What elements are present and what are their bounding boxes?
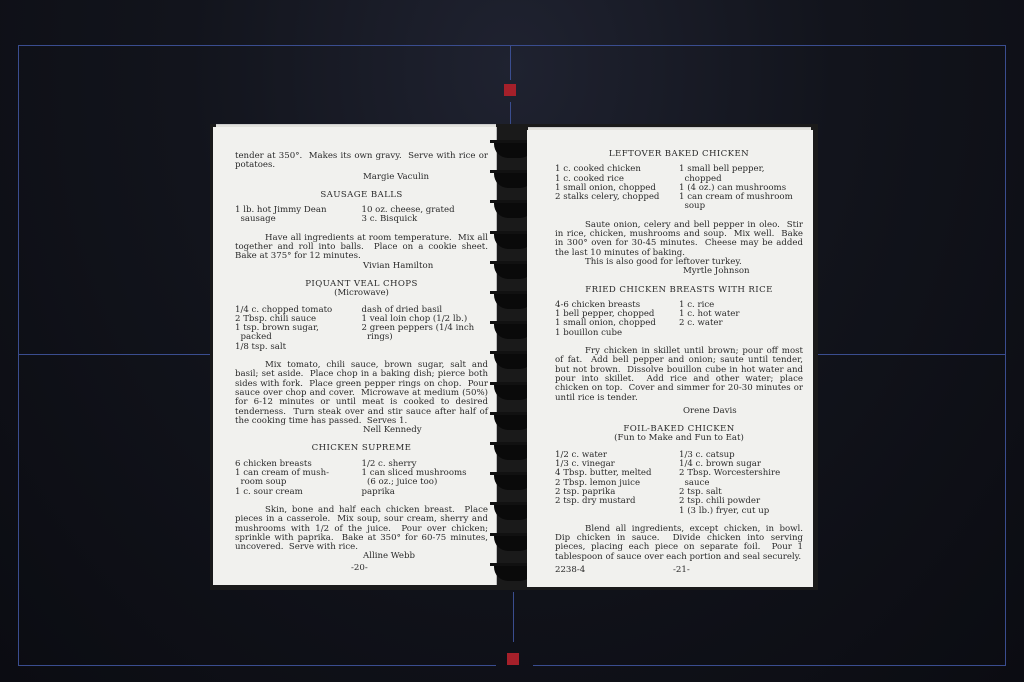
ingredients-right: 1/2 c. sherry1 can sliced mushrooms (6 o… xyxy=(362,460,489,497)
registration-marker-bottom xyxy=(507,653,519,665)
ingredients-right: 1/3 c. catsup1/4 c. brown sugar2 Tbsp. W… xyxy=(679,451,803,516)
ingredient-item: 3 c. Bisquick xyxy=(362,215,489,224)
recipe-piquant-veal-chops: PIQUANT VEAL CHOPS (Microwave) 1/4 c. ch… xyxy=(235,280,488,435)
right-page: LEFTOVER BAKED CHICKEN 1 c. cooked chick… xyxy=(527,130,813,587)
recipe-directions: Mix tomato, chili sauce, brown sugar, sa… xyxy=(235,361,488,426)
ingredient-item: paprika xyxy=(362,488,489,497)
frame-right-line xyxy=(1005,45,1006,665)
ingredient-list: 6 chicken breasts1 can cream of mush- ro… xyxy=(235,460,488,497)
ingredients-right: 1 small bell pepper, chopped1 (4 oz.) ca… xyxy=(679,165,803,211)
recipe-directions: Have all ingredients at room temperature… xyxy=(235,234,488,262)
recipe-leftover-baked-chicken: LEFTOVER BAKED CHICKEN 1 c. cooked chick… xyxy=(555,150,803,277)
ingredients-right: 10 oz. cheese, grated3 c. Bisquick xyxy=(362,206,489,225)
frame-left-line xyxy=(18,45,19,665)
ingredient-item: 1/8 tsp. salt xyxy=(235,343,362,352)
recipe-chicken-supreme: CHICKEN SUPREME 6 chicken breasts1 can c… xyxy=(235,444,488,561)
recipe-subtitle: (Fun to Make and Fun to Eat) xyxy=(555,434,803,443)
recipe-title: CHICKEN SUPREME xyxy=(235,444,488,453)
recipe-directions: Saute onion, celery and bell pepper in o… xyxy=(555,221,803,258)
ingredients-right: 1 c. rice1 c. hot water2 c. water xyxy=(679,301,803,338)
frame-center-vertical-top xyxy=(510,45,511,80)
ingredient-list: 1 lb. hot Jimmy Dean sausage 10 oz. chee… xyxy=(235,206,488,225)
frame-top-line xyxy=(18,45,1006,46)
ingredient-item: soup xyxy=(679,202,803,211)
recipe-title: FRIED CHICKEN BREASTS WITH RICE xyxy=(555,286,803,295)
catalog-code: 2238-4 xyxy=(555,566,585,575)
frame-mid-horizontal-right xyxy=(815,354,1005,355)
ingredient-list: 1 c. cooked chicken1 c. cooked rice1 sma… xyxy=(555,165,803,211)
recipe-author: Alline Webb xyxy=(235,552,488,561)
ingredient-list: 1/4 c. chopped tomato2 Tbsp. chili sauce… xyxy=(235,306,488,352)
recipe-author: Myrtle Johnson xyxy=(555,267,803,276)
ingredient-item: 1 (3 lb.) fryer, cut up xyxy=(679,507,803,516)
recipe-author: Orene Davis xyxy=(555,407,803,416)
ingredient-list: 4-6 chicken breasts1 bell pepper, choppe… xyxy=(555,301,803,338)
frame-bottom-line-right xyxy=(533,665,1006,666)
frame-center-vertical-bottom xyxy=(513,592,514,642)
ingredients-left: 4-6 chicken breasts1 bell pepper, choppe… xyxy=(555,301,679,338)
ingredient-item: 2 tsp. dry mustard xyxy=(555,497,679,506)
ingredient-item: 1 bouillon cube xyxy=(555,329,679,338)
frame-center-vertical-top2 xyxy=(510,102,511,126)
ingredients-left: 1 lb. hot Jimmy Dean sausage xyxy=(235,206,362,225)
ingredients-left: 1 c. cooked chicken1 c. cooked rice1 sma… xyxy=(555,165,679,211)
recipe-subtitle: (Microwave) xyxy=(235,289,488,298)
recipe-directions: Blend all ingredients, except chicken, i… xyxy=(555,525,803,562)
left-page: tender at 350°. Makes its own gravy. Ser… xyxy=(213,127,497,585)
recipe-title: LEFTOVER BAKED CHICKEN xyxy=(555,150,803,159)
ingredients-right: dash of dried basil1 veal loin chop (1/2… xyxy=(362,306,489,352)
recipe-fried-chicken-breasts-with-rice: FRIED CHICKEN BREASTS WITH RICE 4-6 chic… xyxy=(555,286,803,417)
recipe-author: Nell Kennedy xyxy=(235,426,488,435)
ingredient-item: rings) xyxy=(362,333,489,342)
ingredients-left: 1/4 c. chopped tomato2 Tbsp. chili sauce… xyxy=(235,306,362,352)
page-number: -21- xyxy=(673,566,690,575)
recipe-author: Margie Vaculin xyxy=(235,173,488,182)
recipe-directions: Skin, bone and half each chicken breast.… xyxy=(235,506,488,552)
ingredients-left: 1/2 c. water1/3 c. vinegar4 Tbsp. butter… xyxy=(555,451,679,516)
ingredient-list: 1/2 c. water1/3 c. vinegar4 Tbsp. butter… xyxy=(555,451,803,516)
ingredient-item: 2 stalks celery, chopped xyxy=(555,193,679,202)
ingredients-left: 6 chicken breasts1 can cream of mush- ro… xyxy=(235,460,362,497)
recipe-directions: Fry chicken in skillet until brown; pour… xyxy=(555,347,803,403)
recipe-sausage-balls: SAUSAGE BALLS 1 lb. hot Jimmy Dean sausa… xyxy=(235,191,488,271)
recipe-author: Vivian Hamilton xyxy=(235,262,488,271)
registration-marker-top xyxy=(504,84,516,96)
ingredient-item: sausage xyxy=(235,215,362,224)
frame-bottom-line-left xyxy=(18,665,496,666)
frame-mid-horizontal-left xyxy=(18,354,213,355)
recipe-foil-baked-chicken: FOIL-BAKED CHICKEN (Fun to Make and Fun … xyxy=(555,425,803,562)
recipe-title: SAUSAGE BALLS xyxy=(235,191,488,200)
ingredient-item: 1 c. sour cream xyxy=(235,488,362,497)
page-number: -20- xyxy=(351,564,368,573)
recipe-note: This is also good for leftover turkey. xyxy=(555,258,803,267)
continuation-text: tender at 350°. Makes its own gravy. Ser… xyxy=(235,152,488,171)
ingredient-item: 2 c. water xyxy=(679,319,803,328)
